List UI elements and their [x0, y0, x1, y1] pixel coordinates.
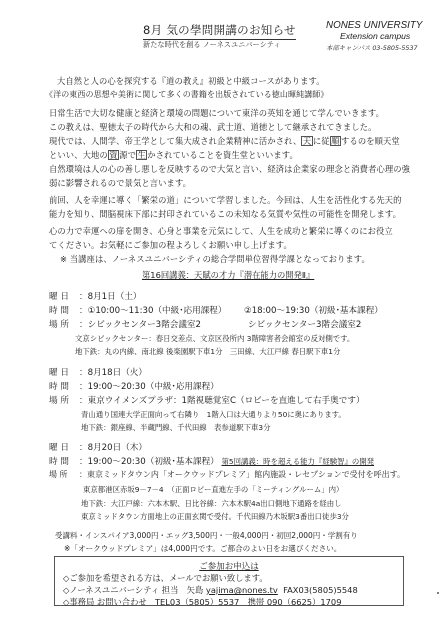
para1-line-4-c: かされていることを資生堂といいます。: [147, 150, 297, 160]
intro-line-2: 《洋の東西の思想や美術に関して多くの書籍を出版されている徳山暉純講師》: [45, 89, 329, 100]
boxed-char: 生: [136, 150, 147, 160]
boxed-char: 資: [108, 150, 119, 160]
event-2-access-2: 地下鉄：銀座線、半蔵門線、千代田線 表参道駅下車3分: [81, 422, 270, 433]
event-3-access-1: 東京都港区赤坂9－7－4 （正面ロビー直進左手の「ミーティングルーム」内）: [83, 484, 343, 495]
time-label: 時 間: [49, 304, 79, 316]
para1-line-2: この教えは、聖徳太子の時代から大和の魂、武士道、道徳として継承されてきました。: [49, 121, 376, 133]
event-1-place: 場 所：シビックセンター3階会議室2: [49, 318, 201, 330]
place-value-1: 東京ミッドタウン内「オークウッドプレミア」館内施設・レセプションで受付を呼出す。: [87, 470, 405, 479]
boxed-char: 天: [301, 136, 312, 146]
fee-line-1: 受講料・インスパイア3,000円・エッグ3,500円・一般4,000円・初回2,…: [55, 530, 358, 541]
time-value-1: 19:00～20:30（中級･応用課程）: [88, 382, 219, 392]
time-label: 時 間: [49, 455, 79, 467]
event-3-day: 曜 日：8月20日（木）: [49, 441, 147, 453]
apply-line-3: ◇事務局 お問い合わせ TEL03（5805）5537 携帯 090（6625）…: [63, 596, 342, 608]
event-3-access-3: 東京ミッドタウン方面地上の正面玄関で受付。千代田線乃木坂駅3番出口徒歩3分: [81, 511, 349, 522]
contact-person: ◇ノーネスユニバーシティ 担当 矢島: [63, 585, 206, 595]
place-value-1: 東京ウイメンズプラザ：1階視聴覚室C（ロビーを直進して右手奥です）: [88, 396, 365, 406]
day-value: 8月18日（火）: [88, 368, 147, 378]
place-label: 場 所: [49, 318, 79, 330]
place-label: 場 所: [49, 469, 79, 480]
place-value-1: シビックセンター3階会議室2: [88, 320, 201, 330]
event-1-time-2: ②18:00～19:30（初級･基本課程）: [244, 304, 383, 316]
fax-number: FAX03(5805)5548: [283, 585, 358, 595]
day-label: 曜 日: [49, 290, 79, 302]
para3-line-2: てください。お気軽にご参加の程よろしくお願い申し上げます。: [49, 239, 292, 251]
event-3-lecture-note: 第5回講義：時を超える能力『経験智』の開発: [222, 457, 375, 466]
event-1-day: 曜 日：8月1日（土）: [49, 290, 142, 302]
para1-line-3-a: 現代では、人間学、帝王学として集大成され企業精神に活かされ、: [49, 136, 301, 146]
para1-line-3: 現代では、人間学、帝王学として集大成され企業精神に活かされ、天に従順するのを順天…: [49, 135, 400, 147]
event-1-time: 時 間：①10:00～11:30（中級･応用課程）: [49, 304, 227, 316]
intro-line-1: 大自然と人の心を探究する『道の教え』初級と中級コースがあります。: [57, 75, 325, 87]
apply-title: ご参加お申込は: [55, 560, 403, 572]
para1-line-3-b: に従: [313, 136, 330, 146]
event-3-access-2: 地下鉄：大江戸線：六本木駅、日比谷線：六本木駅4a出口側地下通路を経由し: [81, 498, 342, 509]
day-label: 曜 日: [49, 441, 79, 453]
para1-line-3-c: するのを順天堂: [341, 136, 400, 146]
para1-line-6: 弱に影響されるので景気と言います。: [49, 177, 191, 189]
event-2-time: 時 間：19:00～20:30（中級･応用課程）: [49, 380, 219, 392]
fee-line-2: ※「オークウッドプレミア」は4,000円です。ご都合のよい日をお選びください。: [64, 543, 341, 554]
para1-line-1: 日常生活で大切な健康と経済と環境の問題について東洋の英知を通じて学んでいきます。: [49, 107, 384, 119]
flyer-subtitle: 新たな時代を創る ノーネスユニバーシティ: [143, 40, 281, 50]
day-value: 8月20日（木）: [88, 443, 147, 453]
para2-line-1: 前回、人を幸運に導く「繁栄の道」について学習しました。今回は、人生を活性化する先…: [49, 194, 402, 206]
para1-line-4-a: といい、大地の: [49, 150, 108, 160]
event-1-access-1: 文京シビックセンター：春日交差点、文京区役所内 3階障害者会館室の反対側です。: [75, 333, 354, 344]
event-2-day: 曜 日：8月18日（火）: [49, 366, 147, 378]
day-label: 曜 日: [49, 366, 79, 378]
event-2-place: 場 所：東京ウイメンズプラザ：1階視聴覚室C（ロビーを直進して右手奥です）: [49, 394, 365, 406]
flyer-title: 8月 気の學問開講のお知らせ: [143, 22, 296, 40]
para1-line-4-b: 源で: [119, 150, 136, 160]
event-3-time: 時 間：19:00～20:30（初級･基本課程） 第5回講義：時を超える能力『経…: [49, 455, 374, 467]
event-3-place: 場 所：東京ミッドタウン内「オークウッドプレミア」館内施設・レセプションで受付を…: [49, 469, 405, 480]
apply-line-2: ◇ノーネスユニバーシティ 担当 矢島 yajima@nones.tv FAX03…: [63, 584, 358, 596]
lecture-title: 第16回講義：天賦の才力『潜在能力の開発Ⅱ』: [142, 269, 314, 281]
para1-line-5: 自然環境は人の心の善し悪しを反映するので大気と言い、経済は企業家の理念と消費者心…: [49, 163, 410, 175]
flyer-page: 8月 気の學問開講のお知らせ 新たな時代を創る ノーネスユニバーシティ NONE…: [0, 0, 444, 629]
time-label: 時 間: [49, 380, 79, 392]
scan-speck: [437, 592, 439, 594]
campus-name: Extension campus: [340, 31, 410, 41]
event-1-access-2: 地下鉄：丸の内線、南北線 後楽園駅下車1分 三田線、大江戸線 春日駅下車1分: [75, 346, 340, 357]
para2-line-2: 能力を知り、間脳視床下部に封印されているこの未知なる気質や気性の可能性を開発しま…: [49, 208, 401, 220]
event-2-access-1: 青山通り国連大学正面向って右隣り 1階入口は大通りより50に奥にあります。: [81, 409, 346, 420]
day-value: 8月1日（土）: [88, 292, 142, 302]
para3-line-1: 心の力で幸運への扉を開き、心身と事業を元気にして、人生を成功と繁栄に導くのにお役…: [49, 225, 393, 237]
event-1-place-2: シビックセンター3階会議室2: [248, 318, 361, 330]
email-link[interactable]: yajima@nones.tv: [206, 585, 278, 595]
apply-title-text: ご参加お申込は: [199, 562, 259, 572]
boxed-char: 順: [330, 136, 341, 146]
time-value-1: 19:00～20:30（初級･基本課程）: [88, 457, 219, 467]
apply-line-1: ◇ご参加を希望される方は、メールでお願い致します。: [63, 572, 268, 584]
university-name: NONES UNIVERSITY: [326, 20, 422, 31]
place-label: 場 所: [49, 394, 79, 406]
apply-box: ご参加お申込は ◇ご参加を希望される方は、メールでお願い致します。 ◇ノーネスユ…: [54, 556, 404, 606]
time-value-1: ①10:00～11:30（中級･応用課程）: [88, 306, 227, 316]
para1-line-4: といい、大地の資源で生かされていることを資生堂といいます。: [49, 149, 298, 161]
campus-phone: 本部キャンパス 03-5805-5537: [326, 43, 418, 52]
para3-note: ※ 当講座は、ノーネスユニバーシティの総合学問単位習得学課となっております。: [60, 253, 370, 265]
